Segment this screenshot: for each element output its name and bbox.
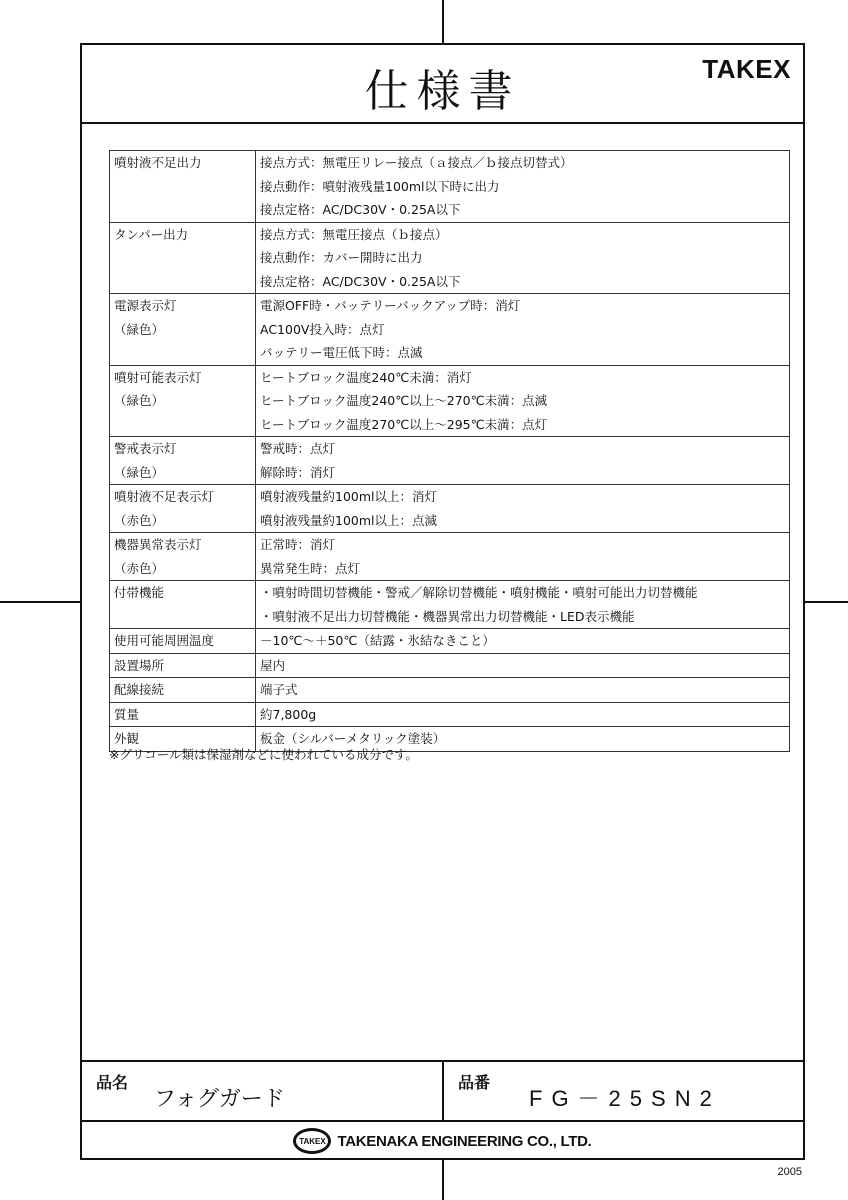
company-row: TAKEX TAKENAKA ENGINEERING CO., LTD. [82, 1122, 803, 1160]
table-row: 質量約7,800g [110, 702, 790, 727]
spec-value-cell: 端子式 [256, 678, 790, 703]
spec-label: 噴射可能表示灯 [114, 366, 251, 390]
product-name: フォグガード [154, 1082, 285, 1113]
spec-value: 接点動作：噴射液残量100ml以下時に出力 [260, 175, 785, 199]
spec-value: 接点方式：無電圧接点（ｂ接点） [260, 223, 785, 247]
spec-value: 接点動作：カバー開時に出力 [260, 246, 785, 270]
spec-label-cell: タンパー出力 [110, 222, 256, 294]
spec-value: 接点定格：AC/DC30V・0.25A以下 [260, 270, 785, 294]
company-name: TAKENAKA ENGINEERING CO., LTD. [337, 1133, 591, 1150]
title-block: 品名 フォグガード 品番 FG－25SN2 TAKEX TAKENAKA ENG… [82, 1060, 803, 1160]
footnote: ※グリコール類は保湿剤などに使われている成分です。 [109, 745, 418, 763]
brand-logo: TAKEX [702, 54, 791, 85]
table-row: タンパー出力接点方式：無電圧接点（ｂ接点）接点動作：カバー開時に出力接点定格：A… [110, 222, 790, 294]
crop-mark-bottom [442, 1160, 444, 1200]
spec-label-cell: 設置場所 [110, 653, 256, 678]
spec-value: ・噴射液不足出力切替機能・機器異常出力切替機能・LED表示機能 [260, 605, 785, 629]
spec-label: 機器異常表示灯 [114, 533, 251, 557]
spec-label-cell: 電源表示灯（緑色） [110, 294, 256, 366]
spec-label: （赤色） [114, 509, 251, 533]
table-row: 配線接続端子式 [110, 678, 790, 703]
spec-label: 質量 [114, 703, 251, 727]
spec-label: 噴射液不足表示灯 [114, 485, 251, 509]
spec-value-cell: 正常時：消灯異常発生時：点灯 [256, 533, 790, 581]
spec-label: （赤色） [114, 557, 251, 581]
spec-label-cell: 使用可能周囲温度 [110, 629, 256, 654]
spec-label-cell: 質量 [110, 702, 256, 727]
spec-value-cell: 接点方式：無電圧リレー接点（ａ接点／ｂ接点切替式）接点動作：噴射液残量100ml… [256, 151, 790, 223]
spec-value-cell: 警戒時：点灯解除時：消灯 [256, 437, 790, 485]
spec-label: （緑色） [114, 461, 251, 485]
page-title: 仕様書 [82, 55, 803, 119]
product-number-cell: 品番 FG－25SN2 [444, 1062, 803, 1122]
spec-label-cell: 噴射可能表示灯（緑色） [110, 365, 256, 437]
product-number-label: 品番 [458, 1070, 490, 1093]
table-row: 設置場所屋内 [110, 653, 790, 678]
spec-value: 接点定格：AC/DC30V・0.25A以下 [260, 198, 785, 222]
year-label: 2005 [778, 1166, 802, 1178]
document-frame: 仕様書 TAKEX 噴射液不足出力接点方式：無電圧リレー接点（ａ接点／ｂ接点切替… [80, 43, 805, 1160]
spec-label: 使用可能周囲温度 [114, 629, 251, 653]
table-row: 警戒表示灯（緑色）警戒時：点灯解除時：消灯 [110, 437, 790, 485]
crop-mark-top [442, 0, 444, 43]
spec-value: 約7,800g [260, 703, 785, 727]
spec-value-cell: 電源OFF時・バッテリーバックアップ時：消灯AC100V投入時：点灯バッテリー電… [256, 294, 790, 366]
table-row: 噴射液不足出力接点方式：無電圧リレー接点（ａ接点／ｂ接点切替式）接点動作：噴射液… [110, 151, 790, 223]
spec-label: 電源表示灯 [114, 294, 251, 318]
spec-label: 配線接続 [114, 678, 251, 702]
product-name-cell: 品名 フォグガード [82, 1062, 444, 1122]
spec-value: 警戒時：点灯 [260, 437, 785, 461]
spec-value: 電源OFF時・バッテリーバックアップ時：消灯 [260, 294, 785, 318]
spec-label: 警戒表示灯 [114, 437, 251, 461]
table-row: 電源表示灯（緑色）電源OFF時・バッテリーバックアップ時：消灯AC100V投入時… [110, 294, 790, 366]
spec-value-cell: 屋内 [256, 653, 790, 678]
spec-value: ヒートブロック温度270℃以上～295℃未満：点灯 [260, 413, 785, 437]
crop-mark-left [0, 601, 80, 603]
spec-label-cell: 配線接続 [110, 678, 256, 703]
spec-value: 噴射液残量約100ml以上：消灯 [260, 485, 785, 509]
takex-oval-logo-icon: TAKEX [293, 1128, 331, 1154]
spec-table: 噴射液不足出力接点方式：無電圧リレー接点（ａ接点／ｂ接点切替式）接点動作：噴射液… [109, 150, 790, 752]
product-name-label: 品名 [96, 1070, 128, 1093]
spec-value-cell: 噴射液残量約100ml以上：消灯噴射液残量約100ml以上：点滅 [256, 485, 790, 533]
table-row: 噴射液不足表示灯（赤色）噴射液残量約100ml以上：消灯噴射液残量約100ml以… [110, 485, 790, 533]
spec-label-cell: 噴射液不足出力 [110, 151, 256, 223]
spec-value-cell: 約7,800g [256, 702, 790, 727]
spec-value-cell: 接点方式：無電圧接点（ｂ接点）接点動作：カバー開時に出力接点定格：AC/DC30… [256, 222, 790, 294]
table-row: 噴射可能表示灯（緑色）ヒートブロック温度240℃未満：消灯ヒートブロック温度24… [110, 365, 790, 437]
spec-value: －10℃～＋50℃（結露・氷結なきこと） [260, 629, 785, 653]
spec-label: （緑色） [114, 318, 251, 342]
spec-label-cell: 機器異常表示灯（赤色） [110, 533, 256, 581]
spec-label: 設置場所 [114, 654, 251, 678]
spec-value: 接点方式：無電圧リレー接点（ａ接点／ｂ接点切替式） [260, 151, 785, 175]
spec-value: ・噴射時間切替機能・警戒／解除切替機能・噴射機能・噴射可能出力切替機能 [260, 581, 785, 605]
document-header: 仕様書 TAKEX [82, 45, 803, 124]
spec-value: 解除時：消灯 [260, 461, 785, 485]
table-row: 付帯機能・噴射時間切替機能・警戒／解除切替機能・噴射機能・噴射可能出力切替機能・… [110, 581, 790, 629]
spec-value: 異常発生時：点灯 [260, 557, 785, 581]
spec-label: （緑色） [114, 389, 251, 413]
spec-value: ヒートブロック温度240℃以上～270℃未満：点滅 [260, 389, 785, 413]
spec-label: 付帯機能 [114, 581, 251, 605]
spec-label: 噴射液不足出力 [114, 151, 251, 175]
spec-value: 端子式 [260, 678, 785, 702]
spec-label-cell: 噴射液不足表示灯（赤色） [110, 485, 256, 533]
spec-value-cell: －10℃～＋50℃（結露・氷結なきこと） [256, 629, 790, 654]
spec-value: ヒートブロック温度240℃未満：消灯 [260, 366, 785, 390]
spec-label: タンパー出力 [114, 223, 251, 247]
spec-value: AC100V投入時：点灯 [260, 318, 785, 342]
spec-value-cell: ヒートブロック温度240℃未満：消灯ヒートブロック温度240℃以上～270℃未満… [256, 365, 790, 437]
spec-value: 正常時：消灯 [260, 533, 785, 557]
spec-value: バッテリー電圧低下時：点滅 [260, 341, 785, 365]
spec-value: 屋内 [260, 654, 785, 678]
spec-label-cell: 付帯機能 [110, 581, 256, 629]
product-number: FG－25SN2 [529, 1082, 721, 1113]
spec-label-cell: 警戒表示灯（緑色） [110, 437, 256, 485]
spec-value: 噴射液残量約100ml以上：点滅 [260, 509, 785, 533]
spec-value-cell: ・噴射時間切替機能・警戒／解除切替機能・噴射機能・噴射可能出力切替機能・噴射液不… [256, 581, 790, 629]
table-row: 機器異常表示灯（赤色）正常時：消灯異常発生時：点灯 [110, 533, 790, 581]
table-row: 使用可能周囲温度－10℃～＋50℃（結露・氷結なきこと） [110, 629, 790, 654]
crop-mark-right [805, 601, 848, 603]
